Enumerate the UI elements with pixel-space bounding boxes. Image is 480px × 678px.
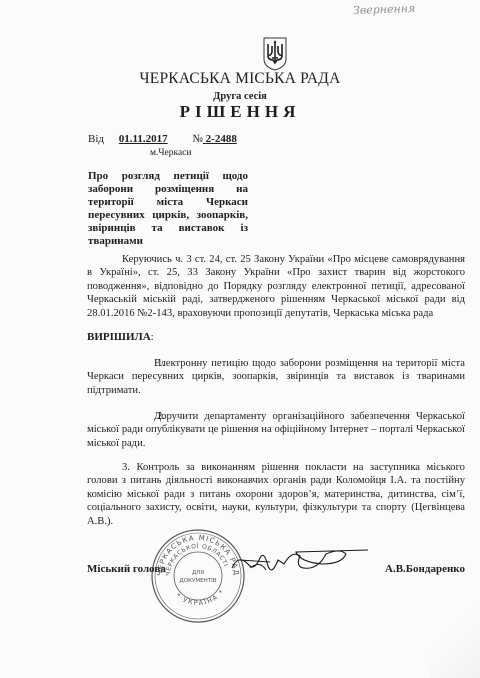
item-number: 3. <box>122 462 130 473</box>
subject-line: пересувних цирків, зоопарків, <box>88 209 248 222</box>
decision-date: 01.11.2017 <box>119 133 168 145</box>
subject-line: Про розгляд петиції щодо <box>88 170 248 183</box>
signatory-name: А.В.Бондаренко <box>385 563 465 575</box>
decision-number-value: 2-2488 <box>206 133 237 145</box>
subject-line: тваринами <box>88 235 248 248</box>
item-text: Контроль за виконанням рішення покласти … <box>87 462 465 527</box>
item-number: 2. <box>122 410 154 423</box>
resolved-heading: ВИРІШИЛА: <box>87 331 154 343</box>
session-label: Друга сесія <box>0 91 480 102</box>
preamble-paragraph: Керуючись ч. 3 ст. 24, ст. 25 Закону Укр… <box>87 253 465 320</box>
resolved-colon: : <box>151 331 154 343</box>
decision-number: 2-2488 <box>203 133 237 145</box>
stamp-center-line2: ДОКУМЕНТІВ <box>180 578 217 584</box>
council-name: ЧЕРКАСЬКА МІСЬКА РАДА <box>0 70 480 88</box>
svg-text:* УКРАЇНА *: * УКРАЇНА * <box>174 587 226 607</box>
subject-line: звіринців та виставок із <box>88 222 248 235</box>
date-prefix: Від <box>88 133 104 145</box>
subject-line: території міста Черкаси <box>88 196 248 209</box>
signatory-title: Міський голова <box>87 563 166 575</box>
decision-item-3: 3. Контроль за виконанням рішення поклас… <box>87 461 465 528</box>
handwritten-note: Звернення <box>353 2 416 17</box>
stamp-bottom-text: * УКРАЇНА * <box>174 587 226 607</box>
item-number: 1. <box>122 357 154 370</box>
date-number-line: Від 01.11.2017 № 2-2488 <box>88 133 237 145</box>
document-type-heading: РІШЕННЯ <box>0 102 480 122</box>
stamp-center-line1: ДЛЯ <box>192 570 204 576</box>
decision-item-2: 2.Доручити департаменту організаційного … <box>87 410 465 450</box>
decision-item-1: 1.Електронну петицію щодо заборони розмі… <box>87 357 465 397</box>
subject-line: заборони розміщення на <box>88 183 248 196</box>
number-prefix: № <box>192 133 203 145</box>
trident-coat-of-arms-icon <box>262 37 288 71</box>
document-page: Звернення ЧЕРКАСЬКА МІСЬКА РАДА Друга се… <box>0 0 480 678</box>
city-label: м.Черкаси <box>150 148 192 158</box>
decision-subject: Про розгляд петиції щодо заборони розміщ… <box>88 170 248 248</box>
resolved-label: ВИРІШИЛА <box>87 331 151 343</box>
signature-icon <box>230 546 370 580</box>
scan-shadow <box>430 600 480 678</box>
